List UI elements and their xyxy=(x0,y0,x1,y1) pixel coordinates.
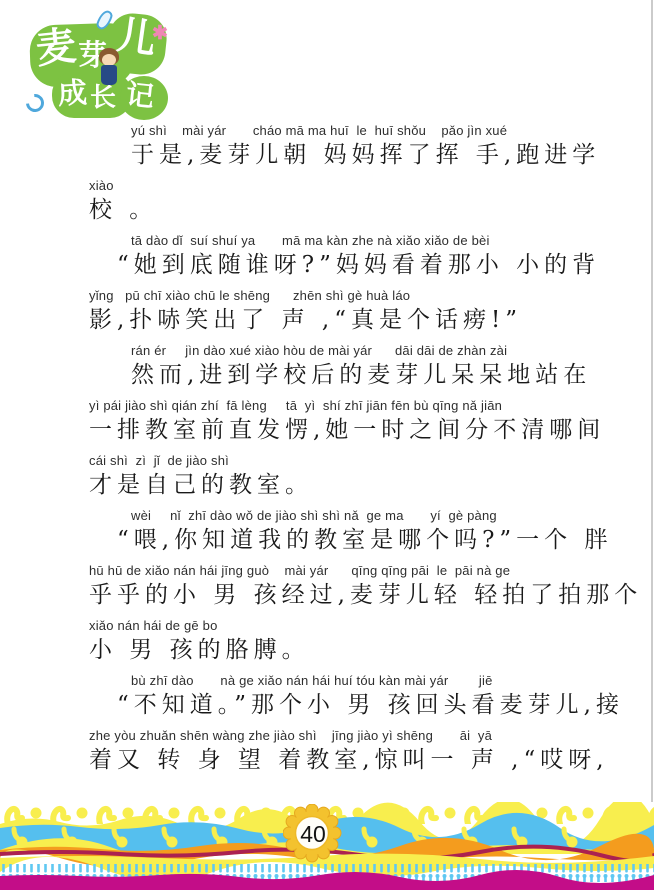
sparkle-icon: ✱ xyxy=(152,22,168,45)
hanzi-line: 影,扑哧笑出了 声 ,“真是个话痨!” xyxy=(89,305,629,336)
hanzi-line: 一排教室前直发愣,她一时之间分不清哪间 xyxy=(89,415,629,446)
page-number: 40 xyxy=(283,804,343,864)
page-edge-line xyxy=(651,0,653,802)
book-logo: 麦 芽 儿 成 长 记 ✱ xyxy=(24,10,174,120)
logo-char-mai: 麦 xyxy=(34,26,78,70)
hanzi-line: 校 。 xyxy=(89,195,629,226)
pinyin-line: yǐng pū chī xiào chū le shēng zhēn shì g… xyxy=(89,288,629,305)
hanzi-line: 才是自己的教室。 xyxy=(89,470,629,501)
story-text: yú shì mài yár cháo mā ma huī le huī shǒ… xyxy=(89,123,629,783)
girl-body xyxy=(101,65,117,85)
text-line: xiào 校 。 xyxy=(89,178,629,226)
swirl-icon xyxy=(22,90,47,115)
pinyin-line: rán ér jìn dào xué xiào hòu de mài yár d… xyxy=(89,343,629,360)
logo-char-cheng: 成 xyxy=(57,79,87,109)
pinyin-line: yì pái jiào shì qián zhí fā lèng tā yì s… xyxy=(89,398,629,415)
pinyin-line: yú shì mài yár cháo mā ma huī le huī shǒ… xyxy=(89,123,629,140)
page-number-badge: 40 xyxy=(283,804,343,864)
girl-illustration xyxy=(96,48,122,94)
hanzi-line: 然而,进到学校后的麦芽儿呆呆地站在 xyxy=(89,360,629,391)
text-line: bù zhī dào nà ge xiǎo nán hái huí tóu kà… xyxy=(89,673,629,721)
pinyin-line: hū hū de xiǎo nán hái jīng guò mài yár q… xyxy=(89,563,629,580)
text-line: yú shì mài yár cháo mā ma huī le huī shǒ… xyxy=(89,123,629,171)
logo-char-ji: 记 xyxy=(125,81,156,112)
pinyin-line: bù zhī dào nà ge xiǎo nán hái huí tóu kà… xyxy=(89,673,629,690)
pinyin-line: wèi nǐ zhī dào wǒ de jiào shì shì nǎ ge … xyxy=(89,508,629,525)
hanzi-line: “她到底随谁呀?”妈妈看着那小 小的背 xyxy=(89,250,629,281)
hanzi-line: 于是,麦芽儿朝 妈妈挥了挥 手,跑进学 xyxy=(89,140,629,171)
text-line: xiǎo nán hái de gē bo 小 男 孩的胳膊。 xyxy=(89,618,629,666)
hanzi-line: 小 男 孩的胳膊。 xyxy=(89,635,629,666)
pinyin-line: zhe yòu zhuǎn shēn wàng zhe jiào shì jīn… xyxy=(89,728,629,745)
book-page: 麦 芽 儿 成 长 记 ✱ yú shì mài yár cháo mā ma … xyxy=(0,0,654,890)
text-line: zhe yòu zhuǎn shēn wàng zhe jiào shì jīn… xyxy=(89,728,629,776)
text-line: tā dào dǐ suí shuí ya mā ma kàn zhe nà x… xyxy=(89,233,629,281)
pinyin-line: cái shì zì jǐ de jiào shì xyxy=(89,453,629,470)
text-line: yǐng pū chī xiào chū le shēng zhēn shì g… xyxy=(89,288,629,336)
text-line: cái shì zì jǐ de jiào shì 才是自己的教室。 xyxy=(89,453,629,501)
pinyin-line: xiào xyxy=(89,178,629,195)
text-line: rán ér jìn dào xué xiào hòu de mài yár d… xyxy=(89,343,629,391)
text-line: yì pái jiào shì qián zhí fā lèng tā yì s… xyxy=(89,398,629,446)
pinyin-line: tā dào dǐ suí shuí ya mā ma kàn zhe nà x… xyxy=(89,233,629,250)
text-line: wèi nǐ zhī dào wǒ de jiào shì shì nǎ ge … xyxy=(89,508,629,556)
hanzi-line: 乎乎的小 男 孩经过,麦芽儿轻 轻拍了拍那个 xyxy=(89,580,629,611)
text-line: hū hū de xiǎo nán hái jīng guò mài yár q… xyxy=(89,563,629,611)
hanzi-line: “喂,你知道我的教室是哪个吗?”一个 胖 xyxy=(89,525,629,556)
hanzi-line: “不知道。”那个小 男 孩回头看麦芽儿,接 xyxy=(89,690,629,721)
hanzi-line: 着又 转 身 望 着教室,惊叫一 声 ,“哎呀, xyxy=(89,745,629,776)
pinyin-line: xiǎo nán hái de gē bo xyxy=(89,618,629,635)
